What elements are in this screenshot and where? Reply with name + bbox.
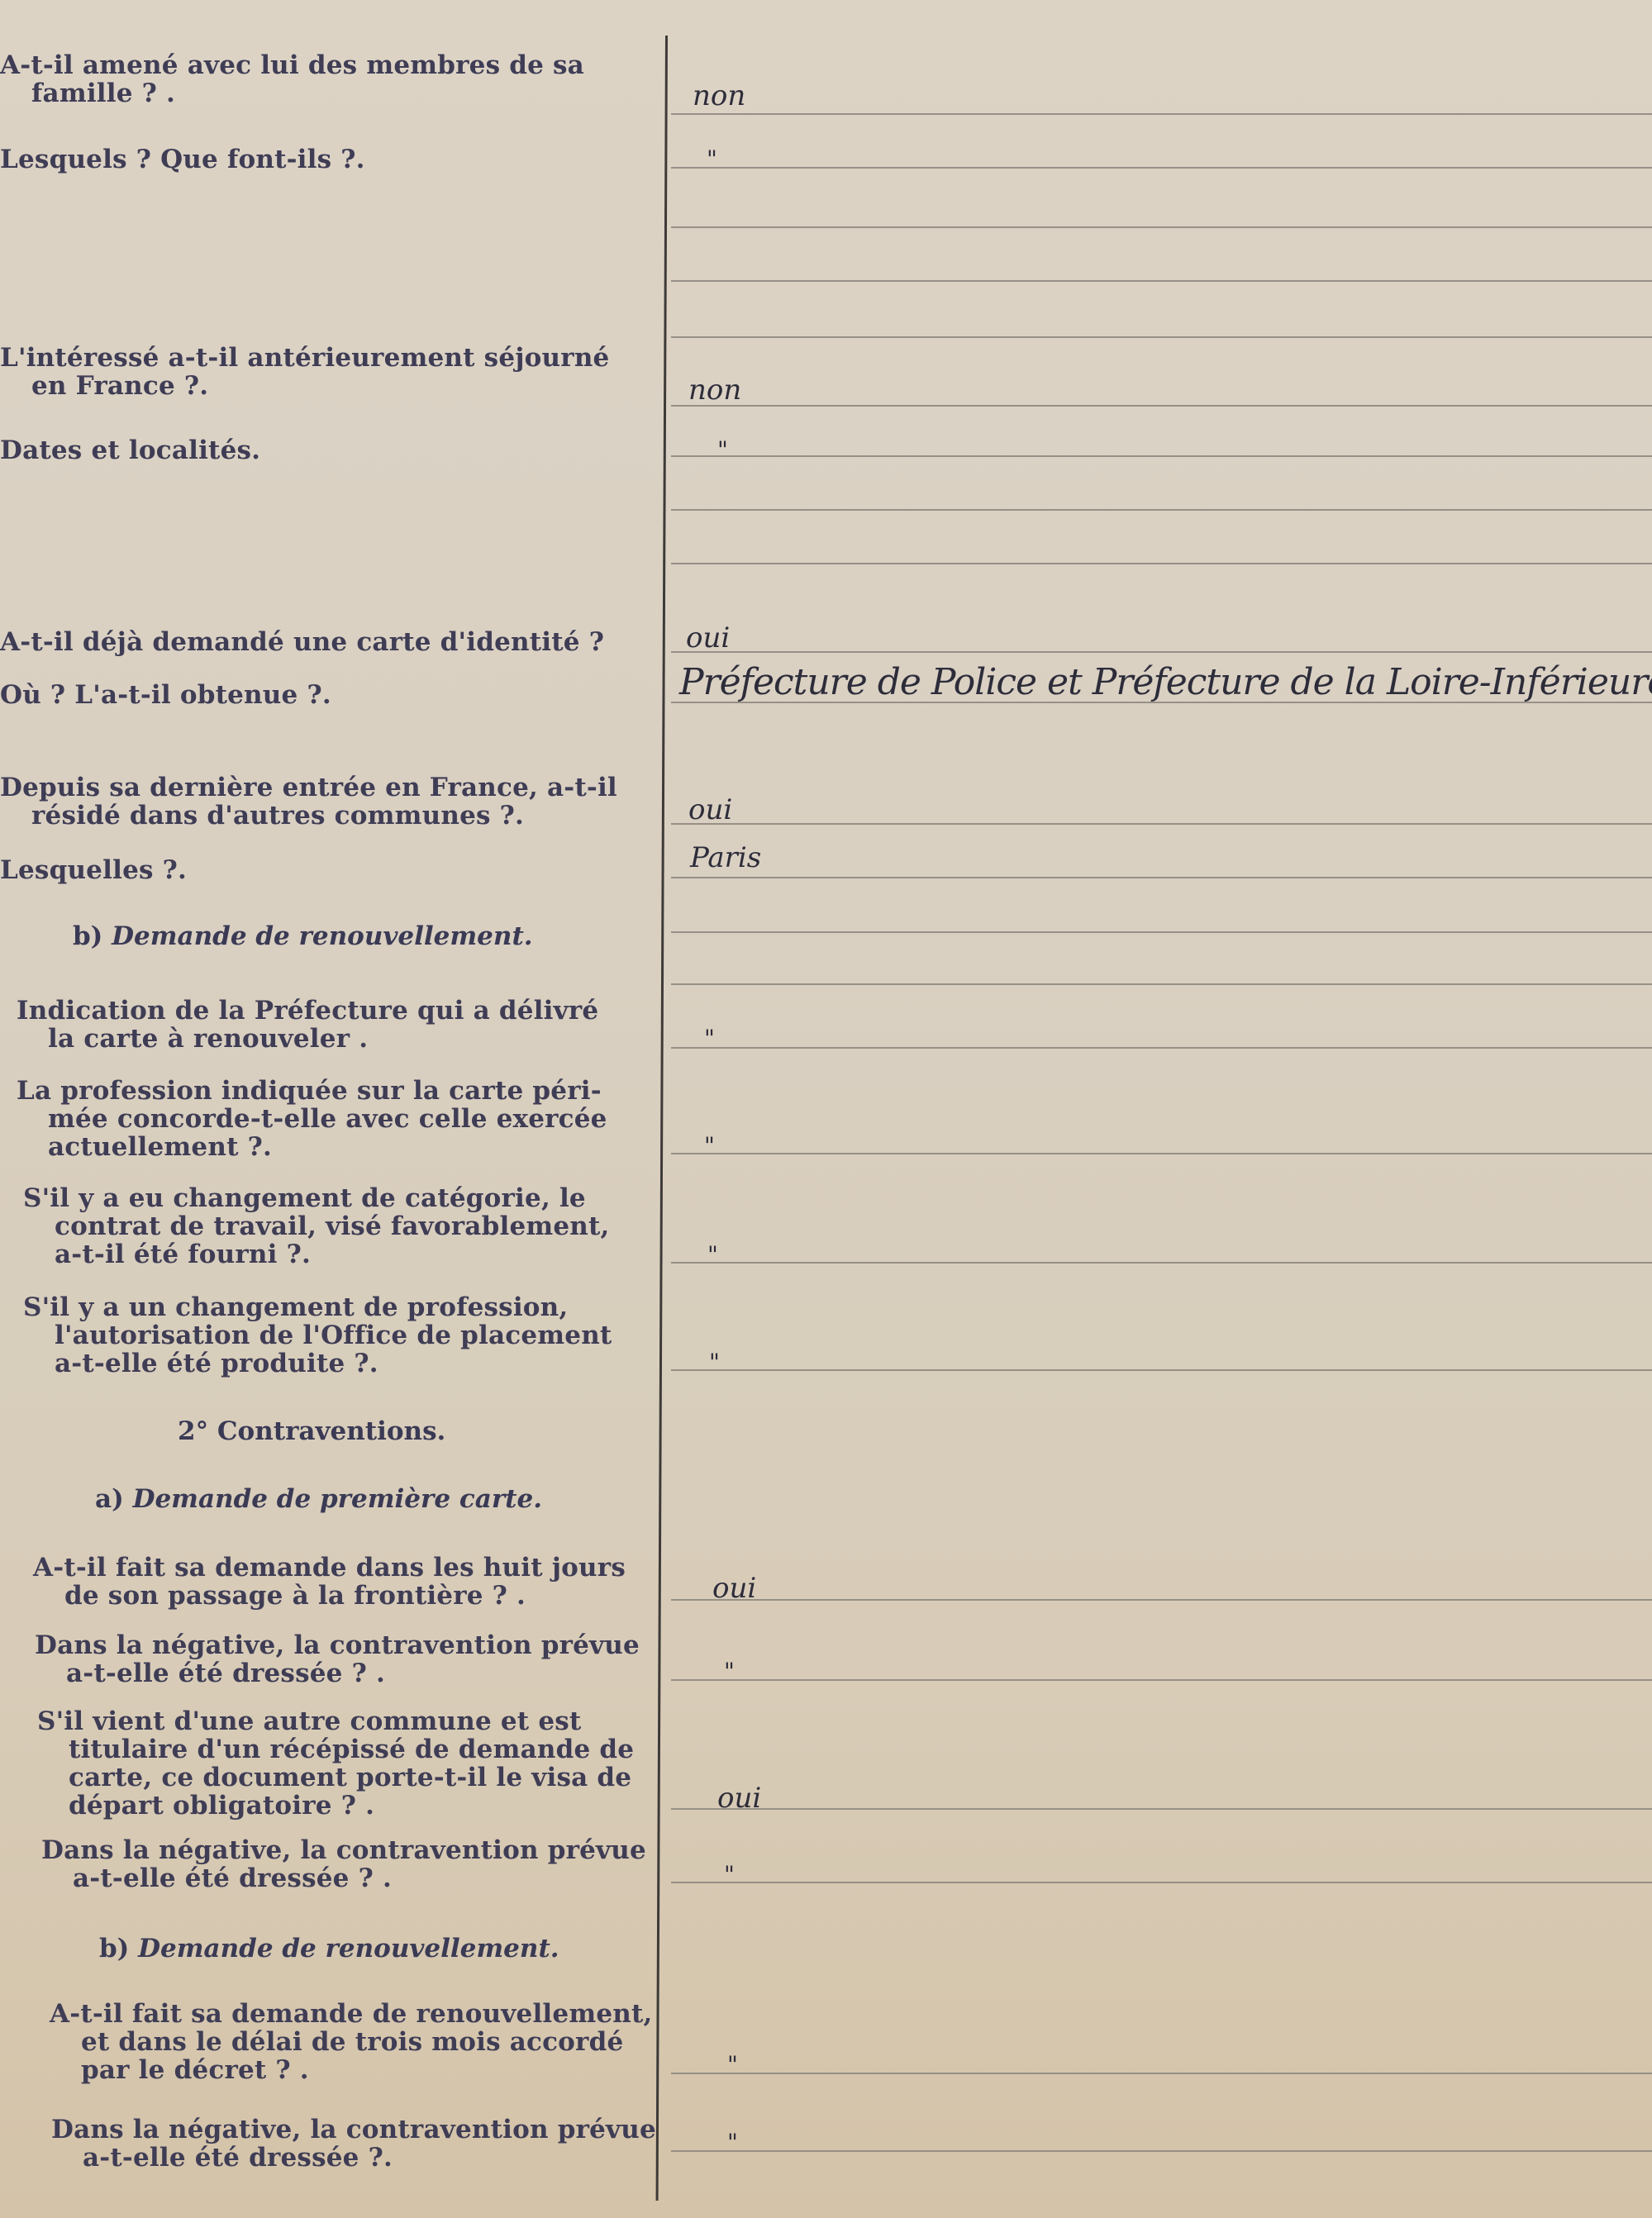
question-where-obtained: Où ? L'a-t-il obtenue ?. <box>0 681 653 709</box>
subheading-first-card: a) Demande de première carte. <box>95 1484 542 1514</box>
answer-rule <box>671 651 1652 653</box>
answer-family-members: non <box>693 79 745 112</box>
answer-contravention-drawn-3: " <box>727 2129 738 2156</box>
answer-rule <box>671 1599 1652 1601</box>
answer-issuing-prefecture: " <box>704 1025 715 1052</box>
subheading-renewal-1: b) Demande de renouvellement. <box>73 921 533 951</box>
subheading-renewal-2: b) Demande de renouvellement. <box>99 1934 559 1963</box>
answer-dates-places: " <box>717 436 728 464</box>
question-previous-stay: L'intéressé a-t-il antérieurement séjour… <box>0 344 653 400</box>
answer-category-change: " <box>707 1241 718 1268</box>
heading-contraventions: 2° Contraventions. <box>178 1416 445 1446</box>
answer-rule <box>671 1882 1652 1883</box>
answer-which-members: " <box>707 145 717 173</box>
question-renewal-delay: A-t-il fait sa demande de renouvellement… <box>50 2000 665 2084</box>
answer-rule <box>671 405 1652 407</box>
question-profession-match: La profession indiquée sur la carte péri… <box>17 1077 653 1161</box>
answer-rule <box>671 2150 1652 2152</box>
answer-rule <box>671 167 1652 169</box>
answer-id-card-requested: oui <box>686 621 730 654</box>
answer-rule <box>671 226 1652 228</box>
answer-eight-days: oui <box>712 1572 756 1605</box>
question-id-card-requested: A-t-il déjà demandé une carte d'identité… <box>0 628 653 656</box>
question-eight-days: A-t-il fait sa demande dans les huit jou… <box>33 1554 657 1610</box>
question-contravention-drawn-1: Dans la négative, la contravention prévu… <box>35 1631 659 1687</box>
question-dates-places: Dates et localités. <box>0 436 653 464</box>
answer-rule <box>671 1679 1652 1681</box>
answer-rule <box>671 336 1652 338</box>
question-other-communes: Depuis sa dernière entrée en France, a-t… <box>0 773 653 830</box>
answer-rule <box>671 983 1652 985</box>
answer-where-obtained: Préfecture de Police et Préfecture de la… <box>679 661 1652 703</box>
form-page: A-t-il amené avec lui des membres de sa … <box>0 0 1652 2218</box>
answer-rule <box>671 2073 1652 2074</box>
answer-previous-stay: non <box>688 374 741 407</box>
answer-rule <box>671 280 1652 282</box>
answer-rule <box>671 1262 1652 1264</box>
answer-contravention-drawn-2: " <box>724 1861 735 1888</box>
answer-departure-visa: oui <box>717 1782 761 1815</box>
question-family-members: A-t-il amené avec lui des membres de sa … <box>0 51 653 107</box>
answer-contravention-drawn-1: " <box>724 1658 735 1685</box>
answer-rule <box>671 931 1652 933</box>
answer-rule <box>671 1369 1652 1371</box>
answer-rule <box>671 1808 1652 1810</box>
answer-rule <box>671 1153 1652 1154</box>
answer-rule <box>671 1047 1652 1049</box>
answer-other-communes: oui <box>688 793 732 826</box>
answer-rule <box>671 455 1652 457</box>
question-contravention-drawn-3: Dans la négative, la contravention prévu… <box>51 2116 667 2172</box>
answer-renewal-delay: " <box>727 2051 738 2078</box>
answer-profession-change: " <box>709 1349 720 1376</box>
answer-rule <box>671 113 1652 115</box>
question-which-members: Lesquels ? Que font-ils ?. <box>0 145 653 174</box>
answer-rule <box>671 563 1652 564</box>
answer-which-communes: Paris <box>690 841 761 874</box>
question-issuing-prefecture: Indication de la Préfecture qui a délivr… <box>17 997 653 1053</box>
answer-profession-match: " <box>704 1132 715 1159</box>
question-profession-change: S'il y a un changement de profession, l'… <box>23 1293 653 1378</box>
answer-rule <box>671 509 1652 511</box>
answer-rule <box>671 823 1652 825</box>
question-departure-visa: S'il vient d'une autre commune et est ti… <box>37 1707 661 1820</box>
question-contravention-drawn-2: Dans la négative, la contravention prévu… <box>41 1836 663 1892</box>
answer-rule <box>671 877 1652 878</box>
question-which-communes: Lesquelles ?. <box>0 856 653 884</box>
question-category-change: S'il y a eu changement de catégorie, le … <box>23 1184 653 1268</box>
